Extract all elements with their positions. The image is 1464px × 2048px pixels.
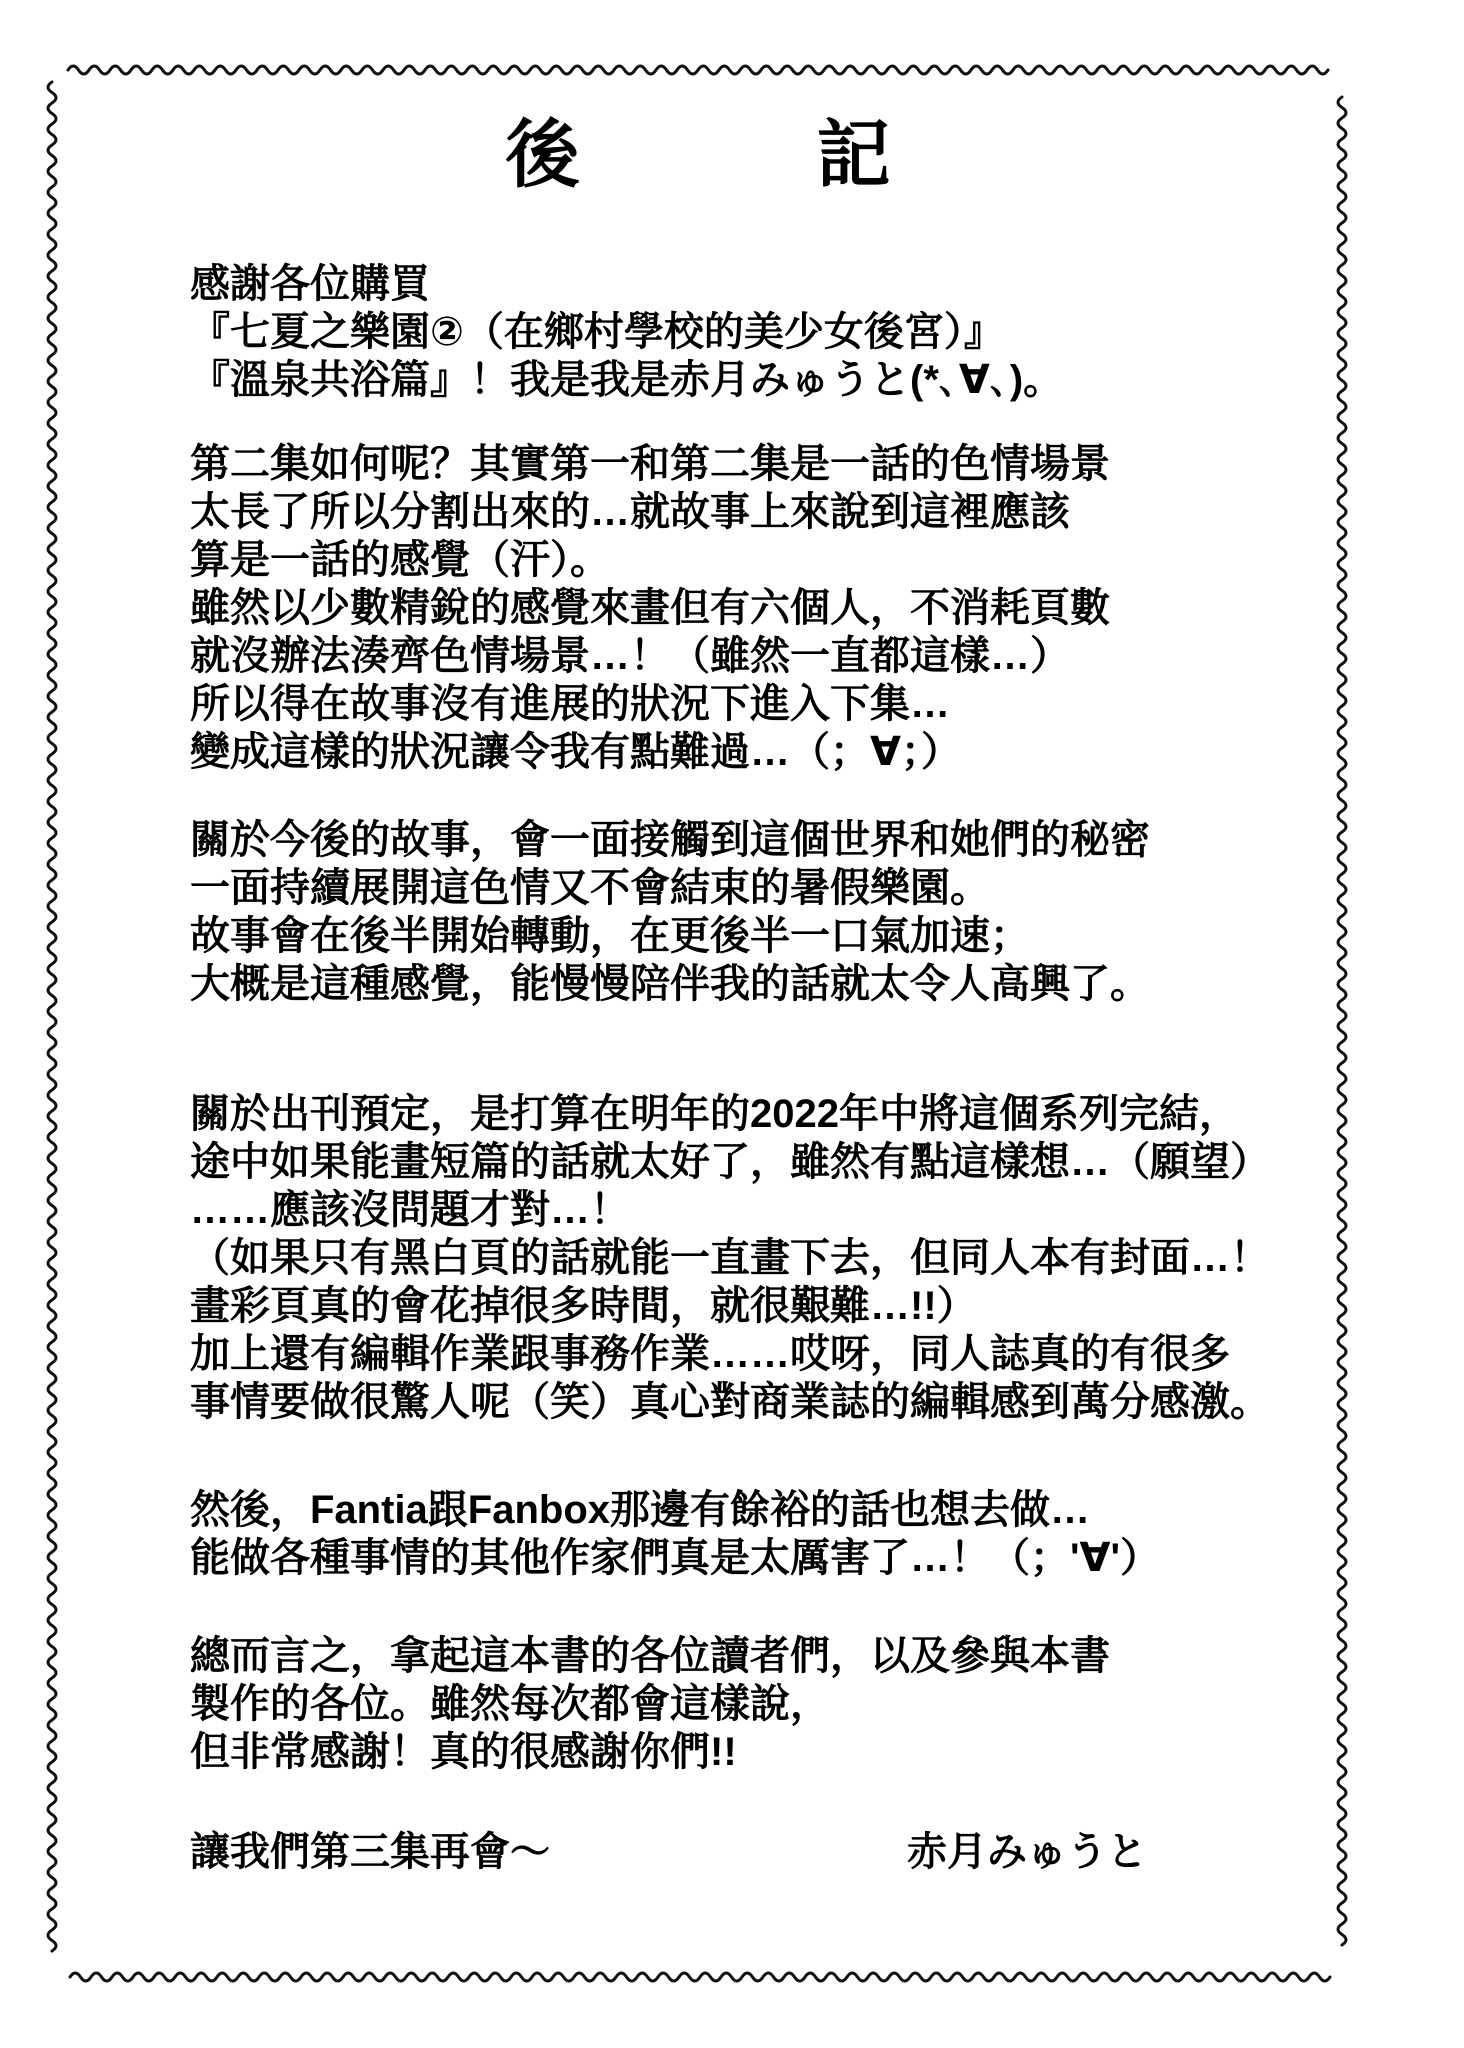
- text-line: 加上還有編輯作業跟事務作業……哎呀，同人誌真的有很多: [190, 1330, 1330, 1378]
- text-line: 算是一話的感覺（汗）。: [190, 536, 1330, 584]
- text-line: 關於今後的故事，會一面接觸到這個世界和她們的秘密: [190, 816, 1330, 864]
- border-bottom-wavy-line: [70, 1973, 1330, 1981]
- text-line: 就沒辦法湊齊色情場景…！（雖然一直都這樣…）: [190, 632, 1330, 680]
- paragraph: 感謝各位購買『七夏之樂園②（在鄉村學校的美少女後宮）』『溫泉共浴篇』！我是我是赤…: [190, 260, 1330, 404]
- text-line: 途中如果能畫短篇的話就太好了，雖然有點這樣想…（願望）: [190, 1138, 1330, 1186]
- border-top-wavy-line: [68, 66, 1328, 74]
- border-right-wavy-line: [1338, 97, 1346, 1945]
- signoff-row: 讓我們第三集再會～ 赤月みゅうと: [190, 1828, 1330, 1876]
- text-line: 『七夏之樂園②（在鄉村學校的美少女後宮）』: [190, 308, 1330, 356]
- paragraph: 總而言之，拿起這本書的各位讀者們，以及參與本書製作的各位。雖然每次都會這樣說，但…: [190, 1632, 1330, 1776]
- page-title: 後 記: [190, 118, 1206, 192]
- text-line: 總而言之，拿起這本書的各位讀者們，以及參與本書: [190, 1632, 1330, 1680]
- text-line: 太長了所以分割出來的…就故事上來說到這裡應該: [190, 488, 1330, 536]
- text-line: 所以得在故事沒有進展的狀況下進入下集…: [190, 680, 1330, 728]
- signoff-message: 讓我們第三集再會～: [190, 1828, 550, 1876]
- text-line: 關於出刊預定，是打算在明年的2022年中將這個系列完結，: [190, 1090, 1330, 1138]
- text-line: 製作的各位。雖然每次都會這樣說，: [190, 1680, 1330, 1728]
- text-line: 第二集如何呢？其實第一和第二集是一話的色情場景: [190, 440, 1330, 488]
- text-line: 畫彩頁真的會花掉很多時間，就很艱難…!!）: [190, 1282, 1330, 1330]
- border-left-wavy-line: [48, 82, 56, 1951]
- text-line: 雖然以少數精銳的感覺來畫但有六個人，不消耗頁數: [190, 584, 1330, 632]
- text-line: 變成這樣的狀況讓令我有點難過…（；∀；）: [190, 728, 1330, 776]
- author-name: 赤月みゅうと: [907, 1828, 1147, 1876]
- text-line: 但非常感謝！真的很感謝你們!!: [190, 1728, 1330, 1776]
- paragraph: 關於出刊預定，是打算在明年的2022年中將這個系列完結，途中如果能畫短篇的話就太…: [190, 1090, 1330, 1426]
- text-line: 『溫泉共浴篇』！我是我是赤月みゅうと(*､∀､)。: [190, 356, 1330, 404]
- text-line: 感謝各位購買: [190, 260, 1330, 308]
- afterword-content: 後 記 感謝各位購買『七夏之樂園②（在鄉村學校的美少女後宮）』『溫泉共浴篇』！我…: [190, 118, 1330, 1876]
- text-line: 然後，Fantia跟Fanbox那邊有餘裕的話也想去做…: [190, 1486, 1330, 1534]
- text-line: 能做各種事情的其他作家們真是太厲害了…！（；'∀'）: [190, 1534, 1330, 1582]
- title-char-2: 記: [817, 118, 891, 192]
- paragraph: 關於今後的故事，會一面接觸到這個世界和她們的秘密一面持續展開這色情又不會結束的暑…: [190, 816, 1330, 1008]
- text-line: 事情要做很驚人呢（笑）真心對商業誌的編輯感到萬分感激。: [190, 1378, 1330, 1426]
- text-line: 一面持續展開這色情又不會結束的暑假樂園。: [190, 864, 1330, 912]
- paragraph-list: 感謝各位購買『七夏之樂園②（在鄉村學校的美少女後宮）』『溫泉共浴篇』！我是我是赤…: [190, 260, 1330, 1776]
- paragraph: 然後，Fantia跟Fanbox那邊有餘裕的話也想去做…能做各種事情的其他作家們…: [190, 1486, 1330, 1582]
- afterword-page: 後 記 感謝各位購買『七夏之樂園②（在鄉村學校的美少女後宮）』『溫泉共浴篇』！我…: [0, 0, 1464, 2048]
- text-line: ……應該沒問題才對…！: [190, 1186, 1330, 1234]
- title-char-1: 後: [506, 118, 580, 192]
- text-line: （如果只有黑白頁的話就能一直畫下去，但同人本有封面…！: [190, 1234, 1330, 1282]
- text-line: 大概是這種感覺，能慢慢陪伴我的話就太令人高興了。: [190, 960, 1330, 1008]
- text-line: 故事會在後半開始轉動，在更後半一口氣加速；: [190, 912, 1330, 960]
- paragraph: 第二集如何呢？其實第一和第二集是一話的色情場景太長了所以分割出來的…就故事上來說…: [190, 440, 1330, 776]
